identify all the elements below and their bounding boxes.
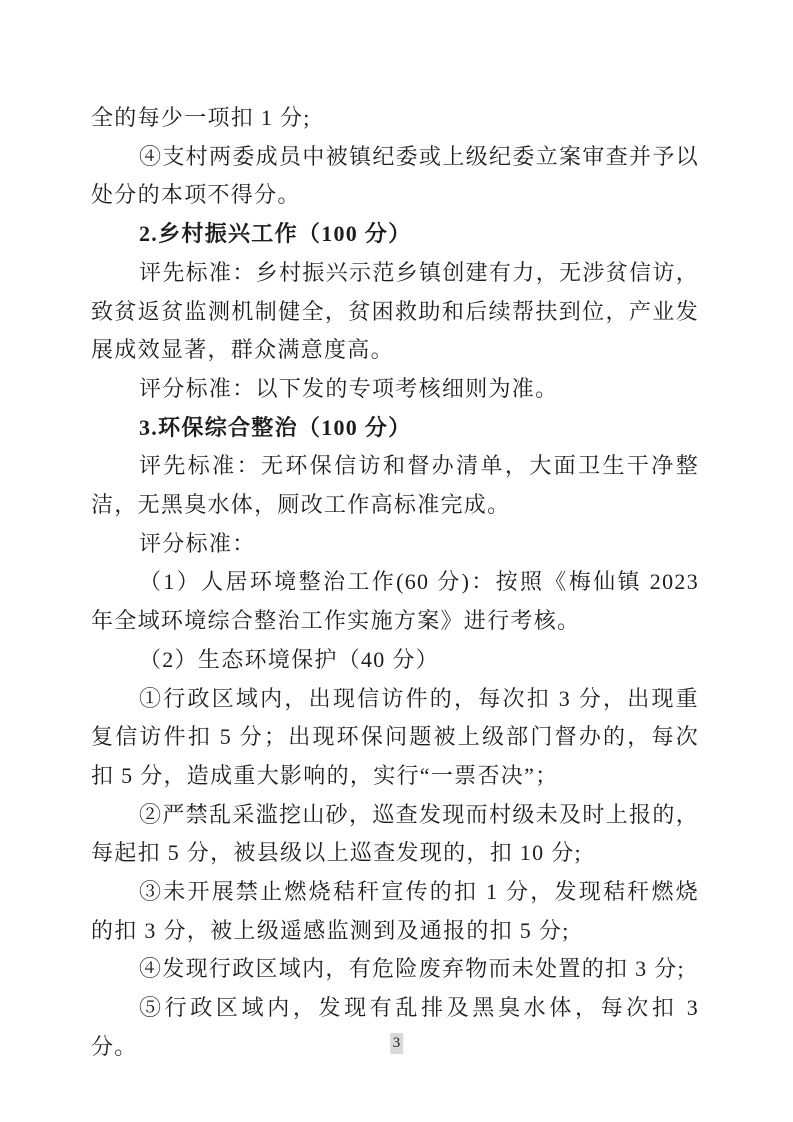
- paragraph-rule-1-petitions: ①行政区域内，出现信访件的，每次扣 3 分，出现重复信访件扣 5 分；出现环保问…: [91, 680, 699, 796]
- page-number: 3: [390, 1033, 404, 1054]
- heading-environmental-improvement: 3.环保综合整治（100 分）: [91, 409, 699, 448]
- paragraph-rule-4-hazardous-waste: ④发现行政区域内，有危险废弃物而未处置的扣 3 分;: [91, 950, 699, 989]
- document-page: 全的每少一项扣 1 分; ④支村两委成员中被镇纪委或上级纪委立案审查并予以处分的…: [0, 0, 793, 1122]
- paragraph-ecological-protection-40: （2）生态环境保护（40 分）: [91, 641, 699, 680]
- paragraph-rule-3-straw-burning: ③未开展禁止燃烧秸秆宣传的扣 1 分，发现秸秆燃烧的扣 3 分，被上级遥感监测到…: [91, 873, 699, 950]
- document-body: 全的每少一项扣 1 分; ④支村两委成员中被镇纪委或上级纪委立案审查并予以处分的…: [91, 99, 699, 1067]
- paragraph-rule-5-black-water: ⑤行政区域内，发现有乱排及黑臭水体，每次扣 3 分。: [91, 989, 699, 1066]
- heading-rural-revitalization: 2.乡村振兴工作（100 分）: [91, 215, 699, 254]
- paragraph-scoring-criteria-env: 评分标准：: [91, 525, 699, 564]
- paragraph-item-4-discipline: ④支村两委成员中被镇纪委或上级纪委立案审查并予以处分的本项不得分。: [91, 138, 699, 215]
- paragraph-continued: 全的每少一项扣 1 分;: [91, 99, 699, 138]
- paragraph-rule-2-sand-mining: ②严禁乱采滥挖山砂，巡查发现而村级未及时上报的，每起扣 5 分，被县级以上巡查发…: [91, 796, 699, 873]
- paragraph-award-criteria-rural: 评先标准：乡村振兴示范乡镇创建有力，无涉贫信访，致贫返贫监测机制健全，贫困救助和…: [91, 254, 699, 370]
- paragraph-scoring-criteria-rural: 评分标准：以下发的专项考核细则为准。: [91, 370, 699, 409]
- paragraph-living-environment-60: （1）人居环境整治工作(60 分)：按照《梅仙镇 2023 年全域环境综合整治工…: [91, 563, 699, 640]
- paragraph-award-criteria-env: 评先标准：无环保信访和督办清单，大面卫生干净整洁，无黑臭水体，厕改工作高标准完成…: [91, 447, 699, 524]
